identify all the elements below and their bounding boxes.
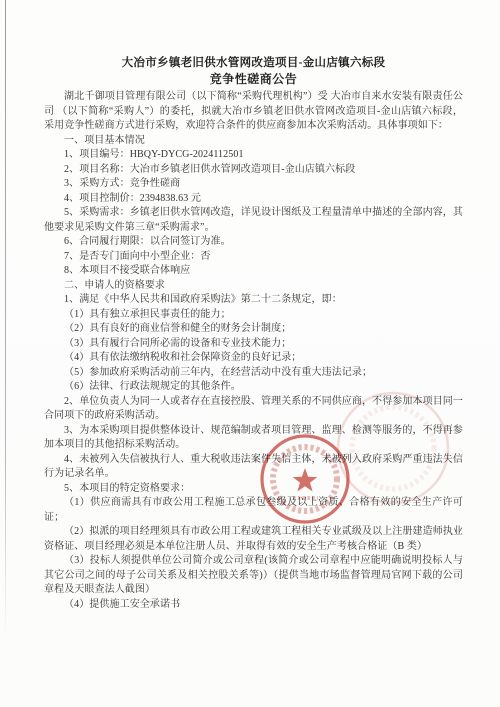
paragraph: 2、单位负责人为同一人或者存在直接控股、管理关系的不同供应商，不得参加本项目同一… (44, 395, 463, 424)
paragraph: 1、项目编号：HBQY-DYCG-2024112501 (44, 148, 463, 163)
paragraph: （4）具有依法缴纳税收和社会保障资金的良好记录； (44, 351, 463, 366)
paragraph: （3）具有履行合同所必需的设备和专业技术能力； (44, 337, 463, 352)
paragraph-list: 湖北千御项目管理有限公司（以下简称“采购代理机构”）受 大冶市自来水安装有限责任… (44, 90, 463, 612)
paragraph: 3、采购方式：竞争性磋商 (44, 177, 463, 192)
paragraph: 6、合同履行期限：以合同签订为准。 (44, 235, 463, 250)
paragraph: （4）提供施工安全承诺书 (44, 598, 463, 613)
paragraph: 7、是否专门面向中小型企业：否 (44, 250, 463, 265)
document-title: 大冶市乡镇老旧供水管网改造项目-金山店镇六标段 (44, 55, 463, 71)
paragraph: 2、项目名称：大冶市乡镇老旧供水管网改造项目-金山店镇六标段 (44, 163, 463, 178)
paragraph: 4、项目控制价：2394838.63 元 (44, 192, 463, 207)
paragraph: （2）具有良好的商业信誉和健全的财务会计制度； (44, 322, 463, 337)
paragraph: （3）投标人须提供单位公司简介或公司章程(该简介或公司章程中应能明确说明投标人与… (44, 554, 463, 598)
paragraph: 8、本项目不接受联合体响应 (44, 264, 463, 279)
document-subtitle: 竞争性磋商公告 (44, 71, 463, 87)
paragraph: 湖北千御项目管理有限公司（以下简称“采购代理机构”）受 大冶市自来水安装有限责任… (44, 90, 463, 134)
paragraph: （5）参加政府采购活动前三年内，在经营活动中没有重大违法记录； (44, 366, 463, 381)
paragraph: 1、满足《中华人民共和国政府采购法》第二十二条规定，即： (44, 293, 463, 308)
paragraph: 一、项目基本情况 (44, 134, 463, 149)
document-page: 大冶市乡镇老旧供水管网改造项目-金山店镇六标段 竞争性磋商公告 湖北千御项目管理… (0, 0, 500, 707)
document-content: 大冶市乡镇老旧供水管网改造项目-金山店镇六标段 竞争性磋商公告 湖北千御项目管理… (44, 55, 463, 612)
paragraph: 5、采购需求：乡镇老旧供水管网改造，详见设计图纸及工程量清单中描述的全部内容，其… (44, 206, 463, 235)
paragraph: 5、本项目的特定资格要求： (44, 482, 463, 497)
scan-artifact-line (5, 0, 6, 640)
paragraph: 二、申请人的资格要求 (44, 279, 463, 294)
paragraph: （2）拟派的项目经理须具有市政公用工程或建筑工程相关专业贰级及以上注册建造师执业… (44, 525, 463, 554)
paragraph: 4、未被列入失信被执行人、重大税收违法案件失信主体，未被列入政府采购严重违法失信… (44, 453, 463, 482)
paragraph: （6）法律、行政法规规定的其他条件。 (44, 380, 463, 395)
paragraph: （1）供应商需具有市政公用工程施工总承包叁级及以上资质、合格有效的安全生产许可证… (44, 496, 463, 525)
paragraph: 3、为本采购项目提供整体设计、规范编制或者项目管理、监理、检测等服务的，不得再参… (44, 424, 463, 453)
paragraph: （1）具有独立承担民事责任的能力； (44, 308, 463, 323)
